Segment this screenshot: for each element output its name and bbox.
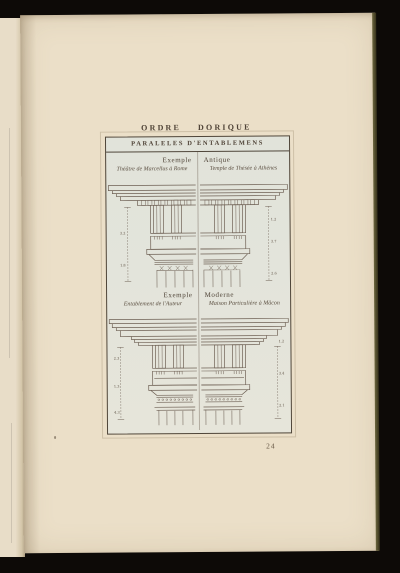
engraving-plate: PARALELES D'ENTABLEMENS Exemple Antique … xyxy=(105,135,292,434)
heading-word-antique: Antique xyxy=(199,155,290,164)
caption-entablement-auteur: Entablement de l'Auteur xyxy=(107,301,199,308)
heading-word-moderne: Moderne xyxy=(200,290,291,299)
dimension-label: 1.3 xyxy=(114,385,120,389)
dimension-label: 2.6 xyxy=(271,271,277,275)
caption-theatre-marcellus: Théâtre de Marcellus à Rome xyxy=(106,166,198,173)
dimension-label: 2.1 xyxy=(279,403,285,407)
dimension-label: 3.4 xyxy=(279,371,285,375)
dimension-label: 1.8 xyxy=(120,264,126,268)
show-through-line xyxy=(11,423,12,543)
section-captions-moderne: Entablement de l'Auteur Maison Particuli… xyxy=(107,300,290,307)
dimension-label: 4.3 xyxy=(114,411,120,415)
heading-word-exemple: Exemple xyxy=(106,156,199,165)
section-heading-moderne: Exemple Moderne xyxy=(107,290,290,299)
caption-temple-thesee: Temple de Thésée à Athènes xyxy=(198,165,290,172)
book-fore-edge xyxy=(372,13,380,551)
heading-word-exemple: Exemple xyxy=(107,291,200,300)
photo-background: ORDRE DORIQUE PARALELES D'ENTABLEMENS Ex… xyxy=(0,0,400,573)
caption-maison-macon: Maison Particulière à Mâcon xyxy=(199,300,291,307)
gutter-shadow xyxy=(20,15,40,553)
ink-speck xyxy=(54,436,56,439)
dimension-label: 3.2 xyxy=(120,232,126,236)
dimension-label: 1.2 xyxy=(279,339,285,343)
book-page: ORDRE DORIQUE PARALELES D'ENTABLEMENS Ex… xyxy=(20,13,379,553)
drawing-theatre-marcellus: 3.2 1.8 xyxy=(107,181,197,290)
dimension-label: 3.7 xyxy=(271,239,277,243)
drawing-entablement-auteur: 2.3 1.3 4.3 xyxy=(108,315,198,426)
section-heading-antique: Exemple Antique xyxy=(106,155,289,164)
page-number: 24 xyxy=(266,441,276,450)
section-captions-antique: Théâtre de Marcellus à Rome Temple de Th… xyxy=(106,165,289,172)
drawing-maison-macon: 1.2 3.4 2.1 xyxy=(200,314,290,425)
dimension-label: 2.3 xyxy=(114,357,120,361)
plate-banner-text: PARALELES D'ENTABLEMENS xyxy=(131,140,264,148)
show-through-line xyxy=(9,128,10,358)
drawing-temple-thesee: 1.2 3.7 2.6 xyxy=(199,180,289,289)
dimension-label: 1.2 xyxy=(271,217,277,221)
plate-banner: PARALELES D'ENTABLEMENS xyxy=(106,136,289,152)
